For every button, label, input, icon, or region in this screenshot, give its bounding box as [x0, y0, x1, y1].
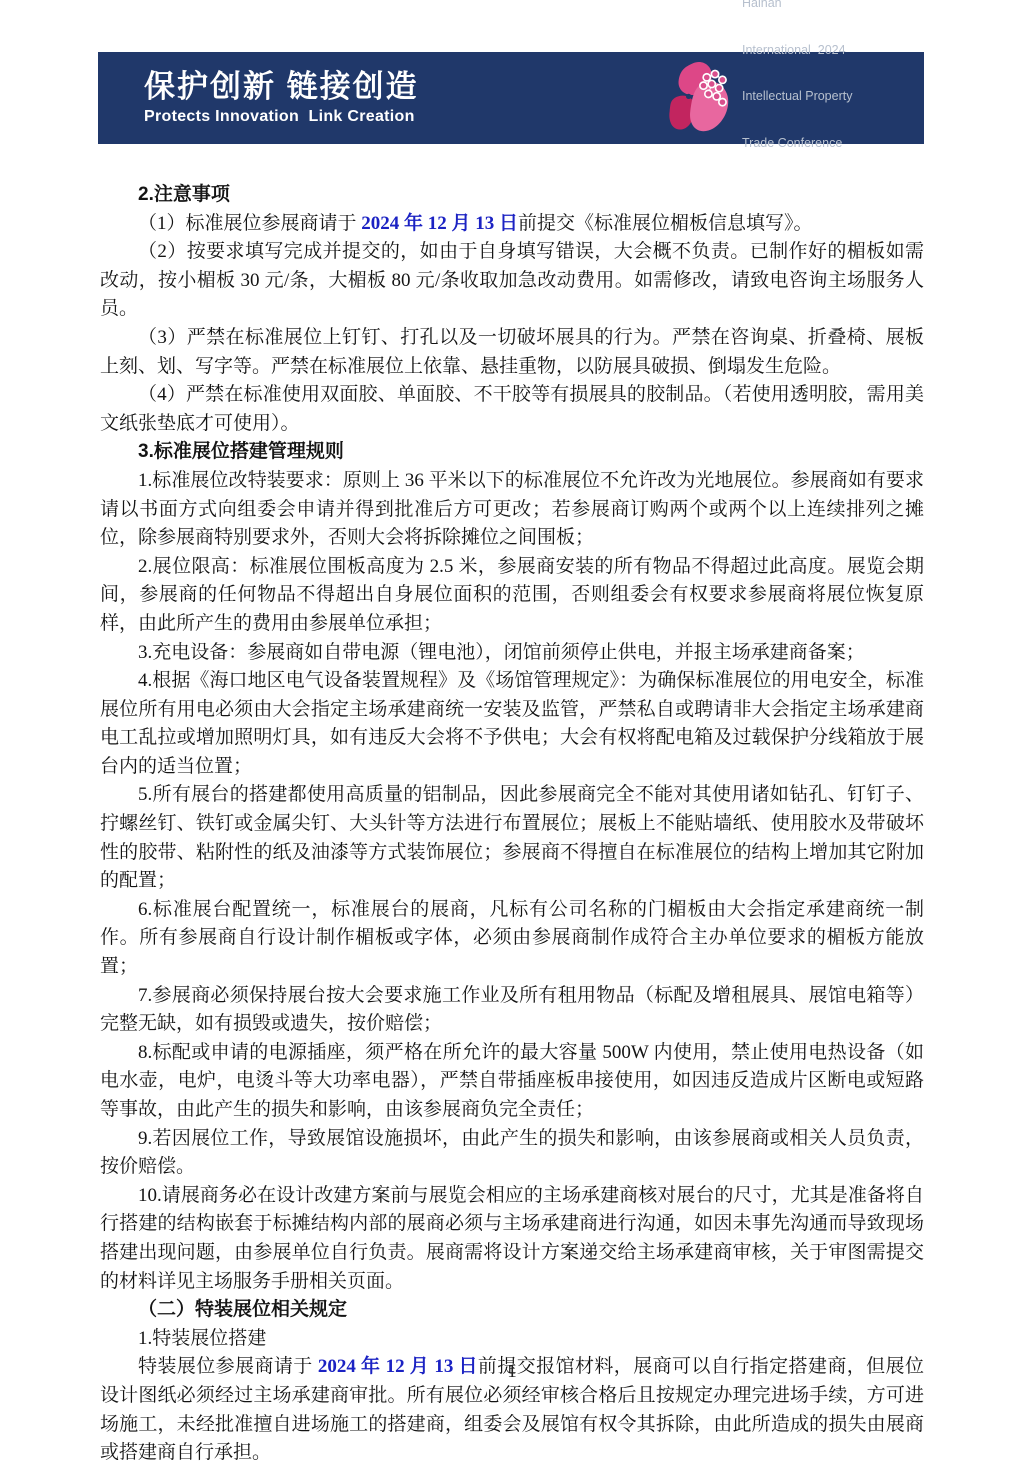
- rule-paragraph-5: 5.所有展台的搭建都使用高质量的铝制品，因此参展商完全不能对其使用诸如钻孔、钉钉…: [100, 781, 924, 895]
- hainan-island-flower-icon: [668, 56, 734, 140]
- document-body: 2.注意事项 （1）标准展位参展商请于 2024 年 12 月 13 日前提交《…: [100, 181, 924, 1468]
- slogan-chinese: 保护创新 链接创造: [144, 70, 419, 104]
- rule-paragraph-8: 8.标配或申请的电源插座，须严格在所允许的最大容量 500W 内使用，禁止使用电…: [100, 1039, 924, 1125]
- rule-paragraph-10: 10.请展商务必在设计改建方案前与展览会相应的主场承建商核对展台的尺寸，尤其是准…: [100, 1182, 924, 1296]
- notice-item-2: （2）按要求填写完成并提交的，如由于自身填写错误，大会概不负责。已制作好的楣板如…: [100, 238, 924, 324]
- rule-paragraph-6: 6.标准展台配置统一，标准展台的展商，凡标有公司名称的门楣板由大会指定承建商统一…: [100, 896, 924, 982]
- rule-paragraph-7: 7.参展商必须保持展台按大会要求施工作业及所有租用物品（标配及增租展具、展馆电箱…: [100, 982, 924, 1039]
- rule-paragraph-1: 1.标准展位改特装要求：原则上 36 平米以下的标准展位不允许改为光地展位。参展…: [100, 467, 924, 553]
- notice-item-1-post: 前提交《标准展位楣板信息填写》。: [518, 213, 813, 234]
- notice-item-3: （3）严禁在标准展位上钉钉、打孔以及一切破坏展具的行为。严禁在咨询桌、折叠椅、展…: [100, 324, 924, 381]
- conference-title-line1: Hainan: [742, 0, 910, 12]
- rule-paragraph-9: 9.若因展位工作，导致展馆设施损坏，由此产生的损失和影响，由该参展商或相关人员负…: [100, 1125, 924, 1182]
- page-number: 1: [0, 1361, 1024, 1383]
- heading-rules: 3.标准展位搭建管理规则: [100, 438, 924, 467]
- subheading-special-build: 1.特装展位搭建: [100, 1325, 924, 1354]
- slogan-english: Protects Innovation Link Creation: [144, 108, 419, 126]
- rule-paragraph-2: 2.展位限高：标准展位围板高度为 2.5 米，参展商安装的所有物品不得超过此高度…: [100, 553, 924, 639]
- deadline-date: 2024 年 12 月 13 日: [361, 213, 518, 234]
- conference-header-banner: 保护创新 链接创造 Protects Innovation Link Creat…: [98, 52, 924, 144]
- conference-title-line2: International 2024: [742, 43, 910, 59]
- notice-item-4: （4）严禁在标准使用双面胶、单面胶、不干胶等有损展具的胶制品。（若使用透明胶，需…: [100, 381, 924, 438]
- heading-notice: 2.注意事项: [100, 181, 924, 210]
- rule-paragraph-3: 3.充电设备：参展商如自带电源（锂电池），闭馆前须停止供电，并报主场承建商备案；: [100, 639, 924, 668]
- banner-slogan: 保护创新 链接创造 Protects Innovation Link Creat…: [144, 70, 419, 126]
- rule-paragraph-4: 4.根据《海口地区电气设备装置规程》及《场馆管理规定》：为确保标准展位的用电安全…: [100, 667, 924, 781]
- conference-title-line3: Intellectual Property: [742, 89, 910, 105]
- notice-item-1: （1）标准展位参展商请于 2024 年 12 月 13 日前提交《标准展位楣板信…: [100, 210, 924, 239]
- notice-item-1-pre: （1）标准展位参展商请于: [138, 213, 361, 234]
- conference-title-line4: Trade Conference: [742, 136, 910, 152]
- heading-special-booth: （二）特装展位相关规定: [100, 1296, 924, 1325]
